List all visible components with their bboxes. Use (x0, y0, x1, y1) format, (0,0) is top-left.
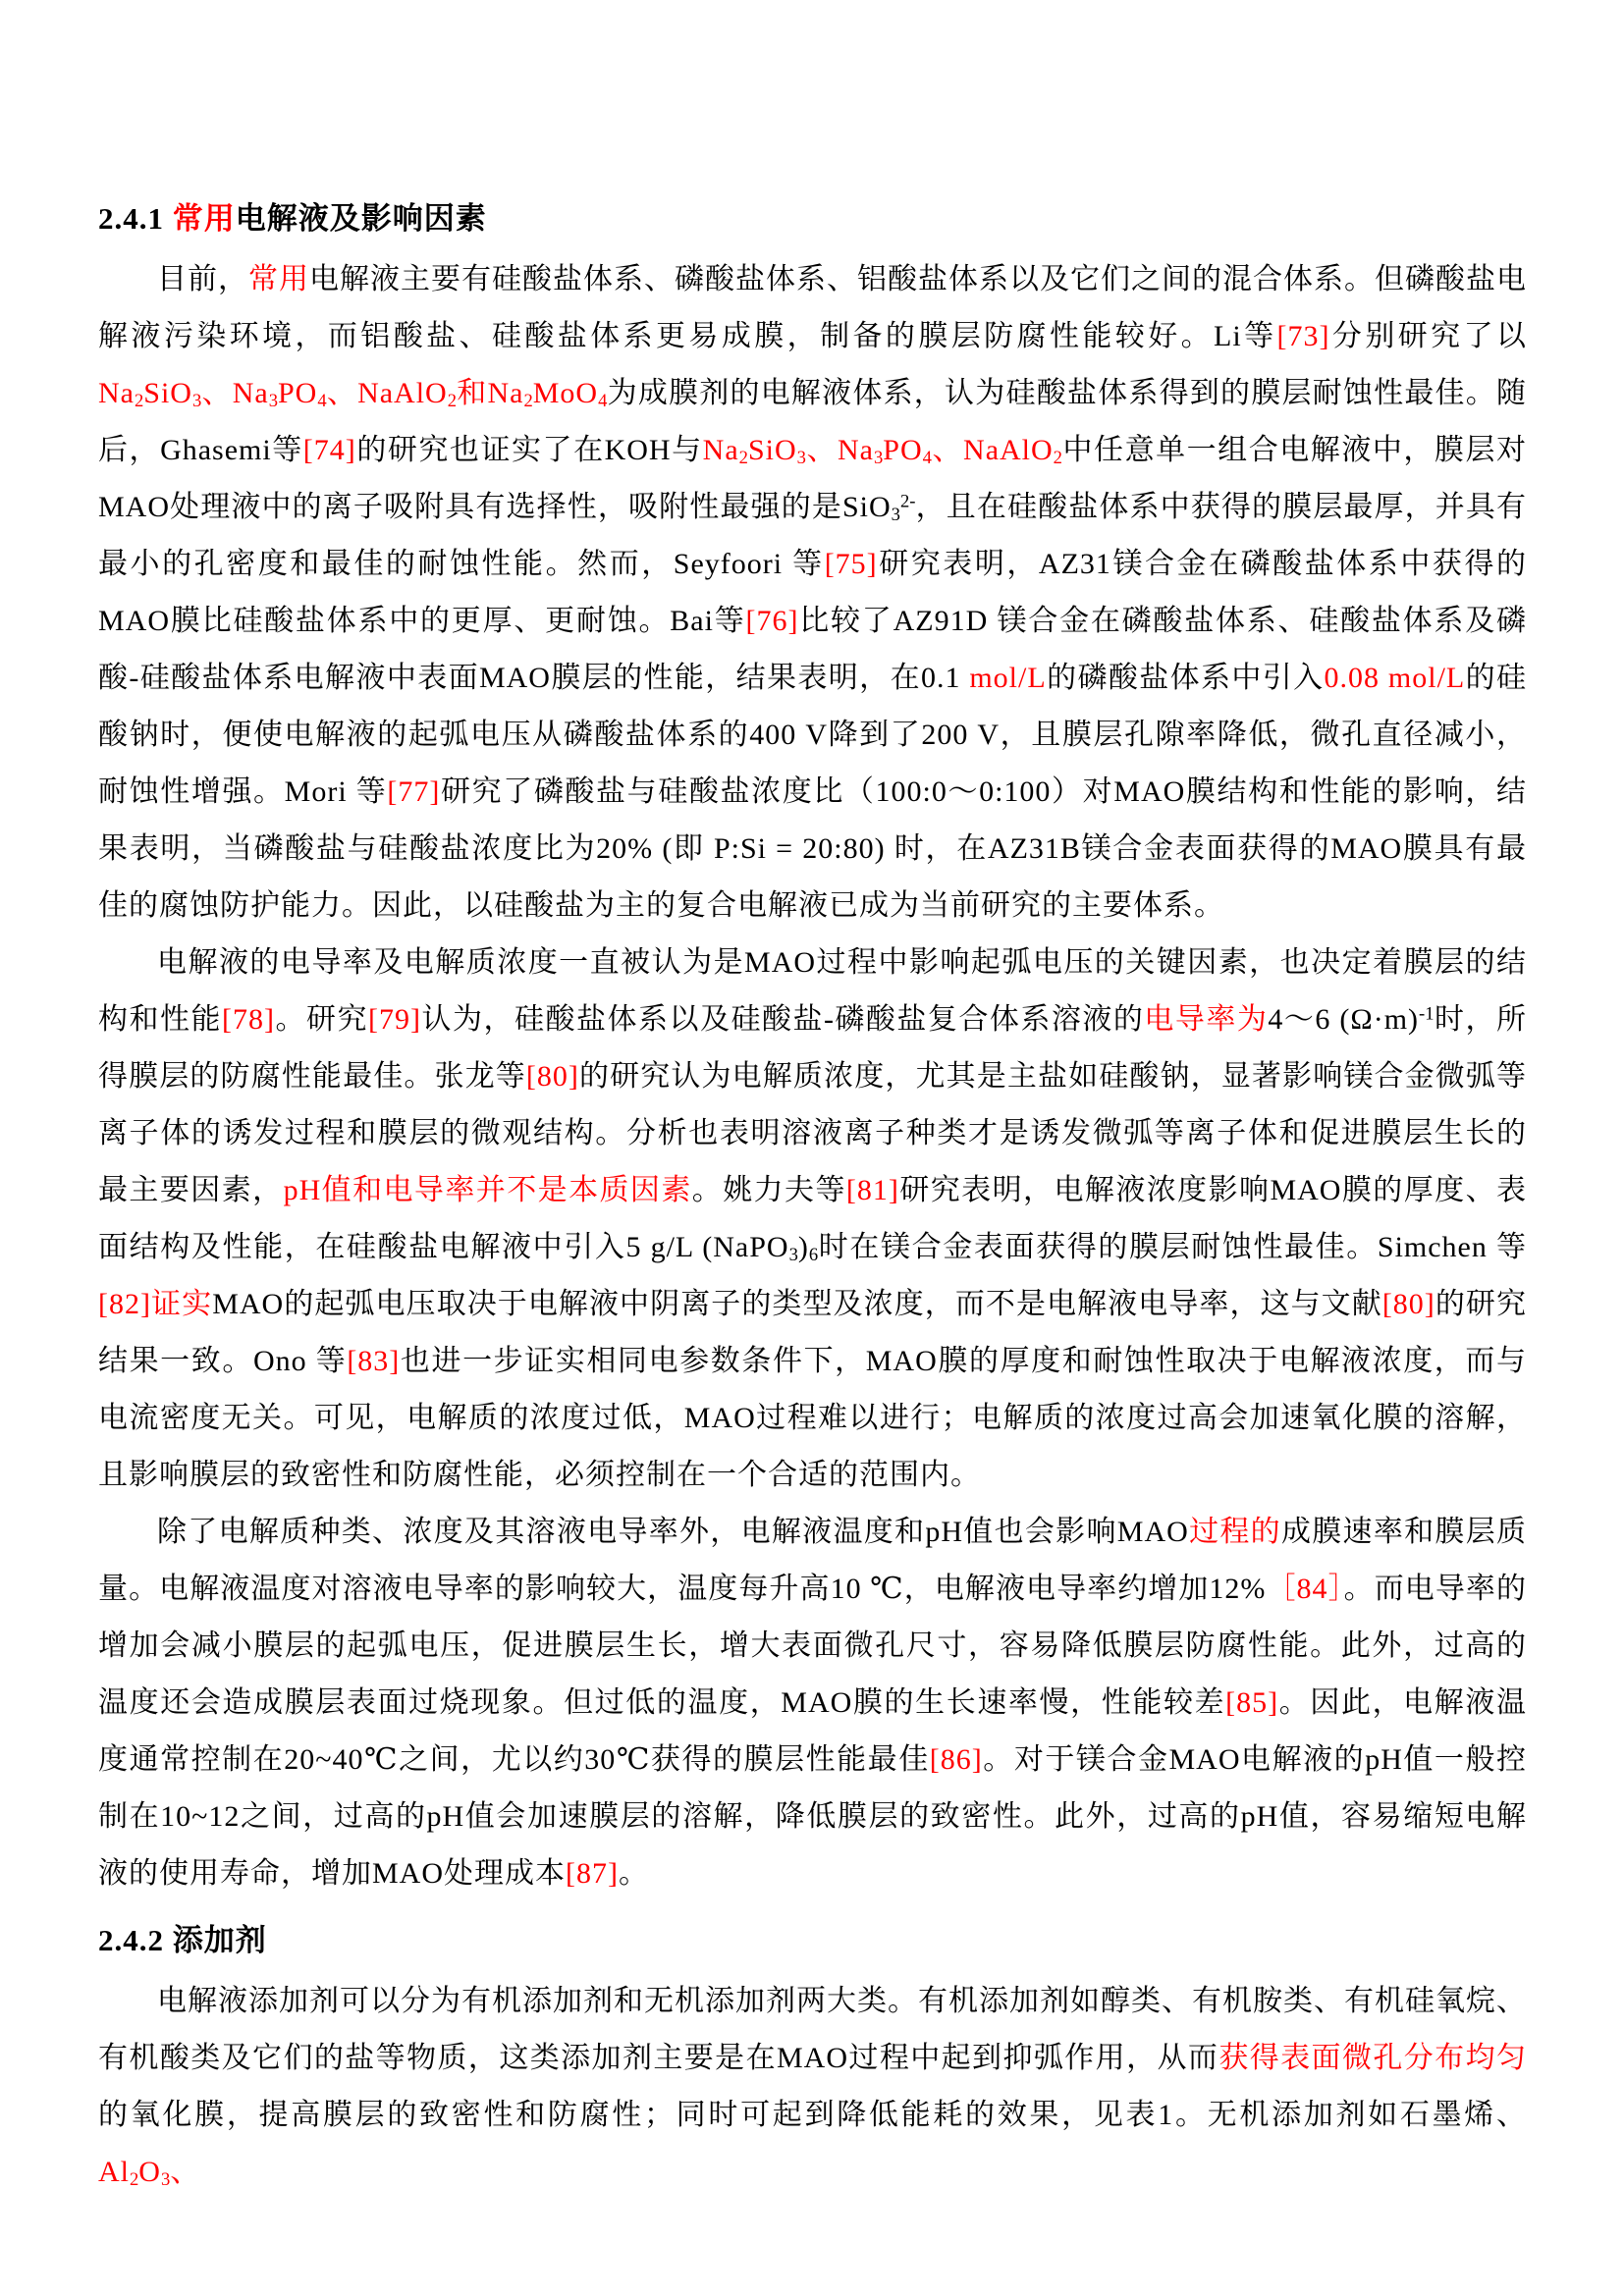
text-run: pH值和电导率并不是本质因素 (284, 1174, 692, 1206)
text-run: [83] (347, 1345, 400, 1377)
text-run: 3 (269, 391, 278, 411)
text-run: 。 (619, 1857, 649, 1890)
paragraph: 电解液的电导率及电解质浓度一直被认为是MAO过程中影响起弧电压的关键因素，也决定… (98, 934, 1527, 1504)
paragraph: 目前，常用电解液主要有硅酸盐体系、磷酸盐体系、铝酸盐体系以及它们之间的混合体系。… (98, 251, 1527, 934)
text-run: 2 (739, 448, 748, 468)
text-run: 2 (1054, 448, 1062, 468)
text-run: 、NaAlO (932, 434, 1054, 466)
text-run: 3 (161, 2169, 170, 2190)
text-run: 2 (130, 2169, 138, 2190)
text-run: PO (278, 377, 317, 409)
text-run: 、 (170, 2156, 200, 2188)
text-run: 除了电解质种类、浓度及其溶液电导率外，电解液温度和pH值也会影响MAO (157, 1516, 1189, 1548)
text-run: 0.08 mol/L (1325, 662, 1466, 694)
text-run: [76] (745, 605, 798, 637)
text-run: 、Na (201, 377, 268, 409)
text-run: 电导率为 (1144, 1003, 1268, 1036)
text-run: 6 (809, 1245, 818, 1265)
section-heading: 2.4.1 常用电解液及影响因素 (98, 196, 1527, 241)
text-run: SiO (748, 434, 797, 466)
text-run: MAO的起弧电压取决于电解液中阴离子的类型及浓度，而不是电解液电导率，这与文献 (212, 1288, 1382, 1320)
text-run: [78] (222, 1003, 275, 1036)
text-run: PO (883, 434, 922, 466)
text-run: [80] (1382, 1288, 1435, 1320)
text-run: SiO (143, 377, 192, 409)
text-run: Na (703, 434, 739, 466)
text-run: 2.4.1 (98, 201, 173, 236)
text-run: [75] (825, 548, 878, 580)
text-run: ［84］ (1266, 1573, 1343, 1605)
text-run: -1 (1419, 1004, 1435, 1025)
text-run: 时在镁合金表面获得的膜层耐蚀性最佳。Simchen 等 (818, 1231, 1527, 1263)
text-run: 2 (523, 391, 532, 411)
text-run: 、Na (806, 434, 874, 466)
text-run: 4 (598, 391, 607, 411)
text-run: Al (98, 2156, 130, 2188)
text-run: 和Na (457, 377, 523, 409)
text-run: 3 (789, 1245, 798, 1265)
text-run: 3 (192, 391, 201, 411)
paragraph: 除了电解质种类、浓度及其溶液电导率外，电解液温度和pH值也会影响MAO过程的成膜… (98, 1504, 1527, 1902)
text-run: mol/L (969, 662, 1046, 694)
text-run: 分别研究了以 (1330, 320, 1527, 352)
document-page: 2.4.1 常用电解液及影响因素目前，常用电解液主要有硅酸盐体系、磷酸盐体系、铝… (0, 0, 1624, 2296)
text-run: [73] (1277, 320, 1330, 352)
text-run: 。姚力夫等 (692, 1174, 846, 1206)
section-heading: 2.4.2 添加剂 (98, 1918, 1527, 1963)
text-run: Na (98, 377, 135, 409)
text-run: 3 (797, 448, 806, 468)
text-run: 认为，硅酸盐体系以及硅酸盐-磷酸盐复合体系溶液的 (421, 1003, 1144, 1036)
text-run: 的氧化膜，提高膜层的致密性和防腐性；同时可起到降低能耗的效果，见表1。无机添加剂… (98, 2099, 1527, 2131)
text-run: 4～6 (Ω·m) (1268, 1003, 1419, 1036)
text-run: 4 (923, 448, 932, 468)
text-run: 的磷酸盐体系中引入 (1047, 662, 1325, 694)
text-run: [82]证实 (98, 1288, 212, 1320)
text-run: [87] (566, 1857, 619, 1890)
text-run: 过程的 (1189, 1516, 1281, 1548)
text-run: 常用 (173, 201, 236, 236)
text-run: [74] (303, 434, 356, 466)
text-run: ) (798, 1231, 809, 1263)
text-run: [81] (846, 1174, 899, 1206)
text-run: [85] (1225, 1686, 1278, 1719)
text-run: 的研究也证实了在KOH与 (356, 434, 703, 466)
text-run: 3 (874, 448, 883, 468)
text-run: 目前， (157, 263, 248, 295)
paragraph: 电解液添加剂可以分为有机添加剂和无机添加剂两大类。有机添加剂如醇类、有机胺类、有… (98, 1973, 1527, 2201)
text-run: 、NaAlO (327, 377, 448, 409)
text-run: [77] (387, 775, 440, 808)
text-run: [80] (526, 1060, 579, 1093)
text-run: 电解液及影响因素 (236, 201, 487, 236)
text-run: 3 (892, 505, 900, 525)
text-run: 常用 (248, 263, 309, 295)
text-run: 2- (900, 492, 916, 512)
text-run: O (138, 2156, 161, 2188)
text-run: 2 (448, 391, 457, 411)
text-run: [86] (930, 1743, 983, 1776)
text-run: 2 (135, 391, 143, 411)
text-run: 获得表面微孔分布均匀 (1218, 2042, 1527, 2074)
text-run: 。研究 (275, 1003, 368, 1036)
text-run: [79] (368, 1003, 421, 1036)
text-run: MoO (533, 377, 598, 409)
text-run: 4 (317, 391, 326, 411)
text-run: 2.4.2 添加剂 (98, 1923, 267, 1957)
